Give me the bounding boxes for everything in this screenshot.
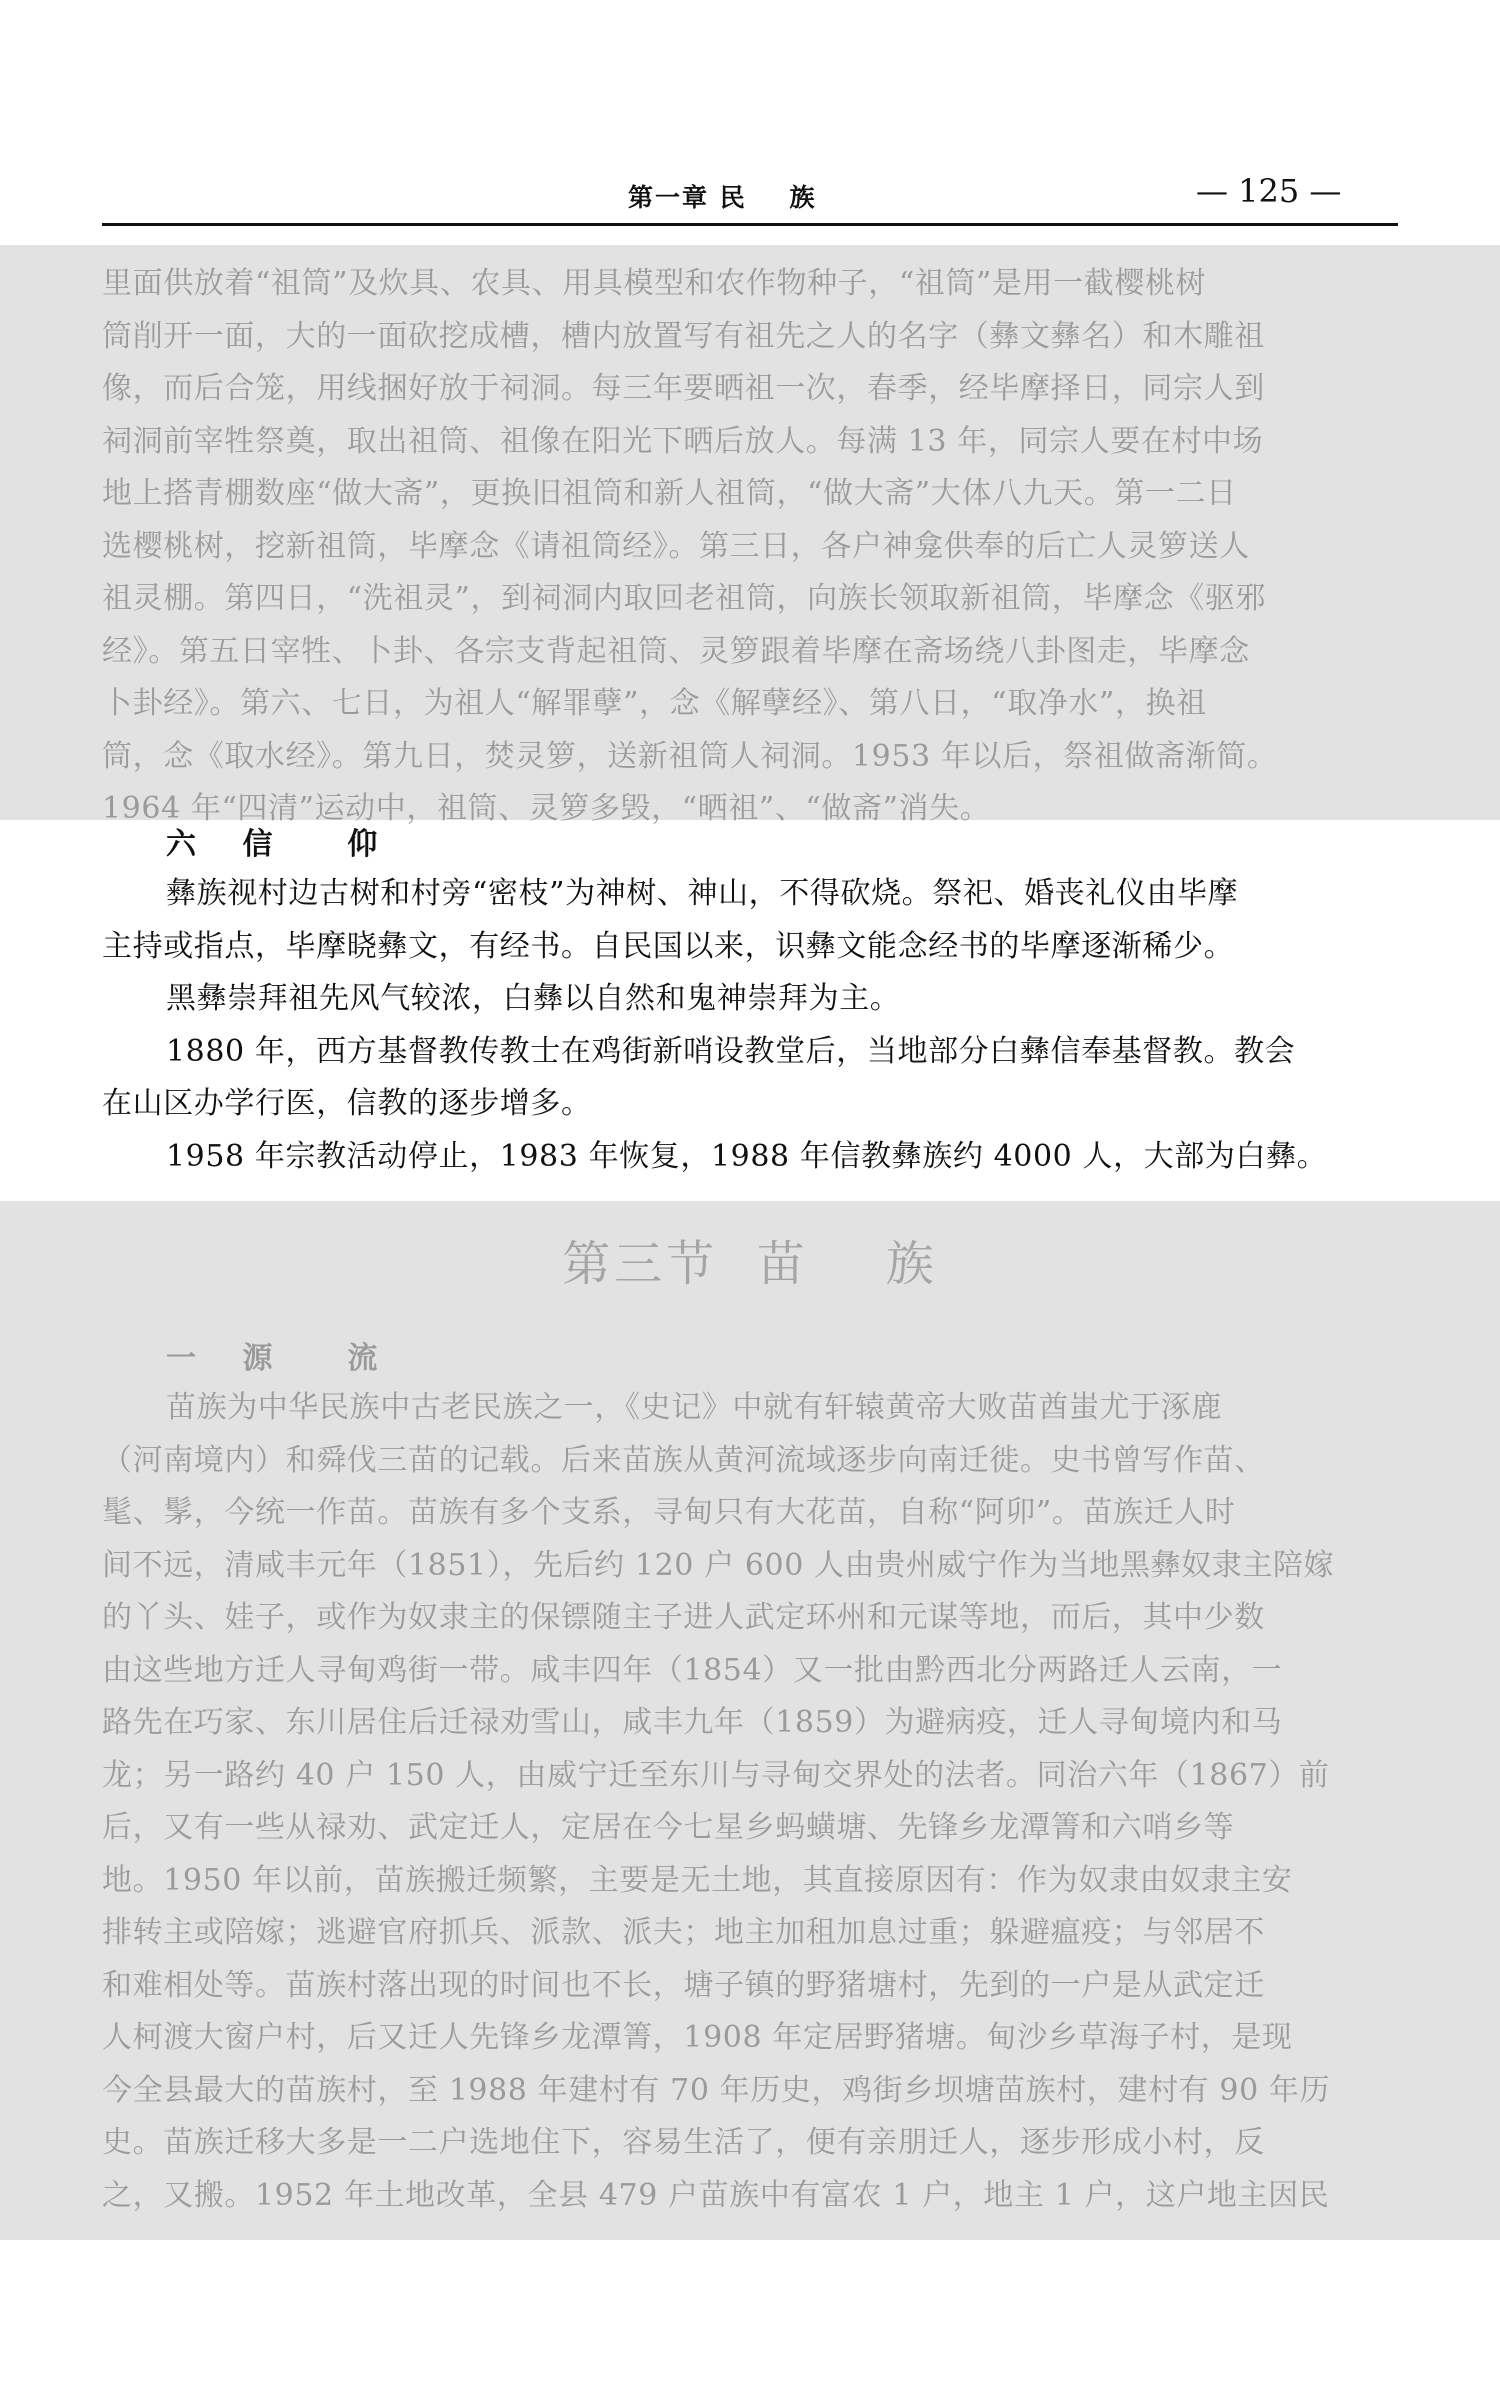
text-line: 主持或指点，毕摩晓彝文，有经书。自民国以来，识彝文能念经书的毕摩逐渐稀少。: [102, 921, 1398, 974]
text-line: 经》。第五日宰牲、卜卦、各宗支背起祖筒、灵箩跟着毕摩在斋场绕八卦图走，毕摩念: [102, 626, 1398, 679]
text-line: 今全县最大的苗族村，至 1988 年建村有 70 年历史，鸡街乡坝塘苗族村，建村…: [102, 2065, 1398, 2118]
section-religion: 六 信 仰 彝族视村边古树和村旁“密枝”为神树、神山，不得砍烧。祭祀、婚丧礼仪由…: [102, 822, 1398, 1183]
text-line: 苗族为中华民族中古老民族之一，《史记》中就有轩辕黄帝大败苗酋蚩尤于涿鹿: [102, 1382, 1398, 1435]
text-line: 地上搭青棚数座“做大斋”，更换旧祖筒和新人祖筒，“做大斋”大体八九天。第一二日: [102, 468, 1398, 521]
running-head-chapter-title: 第一章 民 族: [628, 178, 817, 214]
text-line: 之，又搬。1952 年土地改革，全县 479 户苗族中有富农 1 户，地主 1 …: [102, 2170, 1398, 2223]
text-line: 的丫头、娃子，或作为奴隶主的保镖随主子进人武定环州和元谋等地，而后，其中少数: [102, 1592, 1398, 1645]
text-line: 在山区办学行医，信教的逐步增多。: [102, 1078, 1398, 1131]
text-line: 后，又有一些从禄劝、武定迁人，定居在今七星乡蚂蟥塘、先锋乡龙潭箐和六哨乡等: [102, 1802, 1398, 1855]
subsection-heading-origin: 一 源 流: [102, 1336, 1398, 1382]
header-rule-divider: [102, 223, 1398, 226]
page-header: 第一章 民 族 — 125 —: [0, 0, 1500, 245]
text-line: 里面供放着“祖筒”及炊具、农具、用具模型和农作物种子，“祖筒”是用一截樱桃树: [102, 258, 1398, 311]
paragraph: 黑彝崇拜祖先风气较浓，白彝以自然和鬼神崇拜为主。: [102, 973, 1398, 1026]
text-line: 筒，念《取水经》。第九日，焚灵箩，送新祖筒人祠洞。1953 年以后，祭祖做斋渐简…: [102, 731, 1398, 784]
text-line: 龙；另一路约 40 户 150 人，由威宁迁至东川与寻甸交界处的法者。同治六年（…: [102, 1750, 1398, 1803]
text-line: （河南境内）和舜伐三苗的记载。后来苗族从黄河流域逐步向南迁徙。史书曾写作苗、: [102, 1435, 1398, 1488]
text-line: 髦、髳，今统一作苗。苗族有多个支系，寻甸只有大花苗，自称“阿卯”。苗族迁人时: [102, 1487, 1398, 1540]
text-line: 由这些地方迁人寻甸鸡街一带。咸丰四年（1854）又一批由黔西北分两路迁人云南，一: [102, 1645, 1398, 1698]
section-title-miao: 第三节 苗 族: [0, 1225, 1500, 1294]
paragraph: 苗族为中华民族中古老民族之一，《史记》中就有轩辕黄帝大败苗酋蚩尤于涿鹿 （河南境…: [102, 1382, 1398, 2222]
section-miao-origin: 一 源 流 苗族为中华民族中古老民族之一，《史记》中就有轩辕黄帝大败苗酋蚩尤于涿…: [102, 1336, 1398, 2222]
paragraph-ancestor-worship: 里面供放着“祖筒”及炊具、农具、用具模型和农作物种子，“祖筒”是用一截樱桃树 筒…: [102, 258, 1398, 836]
text-line: 选樱桃树，挖新祖筒，毕摩念《请祖筒经》。第三日，各户神龛供奉的后亡人灵箩送人: [102, 521, 1398, 574]
paragraph: 1880 年，西方基督教传教士在鸡街新哨设教堂后，当地部分白彝信奉基督教。教会 …: [102, 1026, 1398, 1131]
text-line: 1880 年，西方基督教传教士在鸡街新哨设教堂后，当地部分白彝信奉基督教。教会: [102, 1026, 1398, 1079]
text-line: 间不远，清咸丰元年（1851），先后约 120 户 600 人由贵州威宁作为当地…: [102, 1540, 1398, 1593]
text-line: 彝族视村边古树和村旁“密枝”为神树、神山，不得砍烧。祭祀、婚丧礼仪由毕摩: [102, 868, 1398, 921]
text-line: 和难相处等。苗族村落出现的时间也不长，塘子镇的野猪塘村，先到的一户是从武定迁: [102, 1960, 1398, 2013]
text-line: 1958 年宗教活动停止，1983 年恢复，1988 年信教彝族约 4000 人…: [102, 1131, 1398, 1184]
text-line: 路先在巧家、东川居住后迁禄劝雪山，咸丰九年（1859）为避病疫，迁人寻甸境内和马: [102, 1697, 1398, 1750]
text-line: 地。1950 年以前，苗族搬迁频繁，主要是无土地，其直接原因有：作为奴隶由奴隶主…: [102, 1855, 1398, 1908]
subsection-heading-religion: 六 信 仰: [102, 822, 1398, 868]
text-line: 祖灵棚。第四日，“洗祖灵”，到祠洞内取回老祖筒，向族长领取新祖筒，毕摩念《驱邪: [102, 573, 1398, 626]
text-line: 人柯渡大窗户村，后又迁人先锋乡龙潭箐，1908 年定居野猪塘。甸沙乡草海子村，是…: [102, 2012, 1398, 2065]
text-line: 筒削开一面，大的一面砍挖成槽，槽内放置写有祖先之人的名字（彝文彝名）和木雕祖: [102, 311, 1398, 364]
text-line: 史。苗族迁移大多是一二户选地住下，容易生活了，便有亲朋迁人，逐步形成小村，反: [102, 2117, 1398, 2170]
text-line: 祠洞前宰牲祭奠，取出祖筒、祖像在阳光下晒后放人。每满 13 年，同宗人要在村中场: [102, 416, 1398, 469]
text-line: 排转主或陪嫁；逃避官府抓兵、派款、派夫；地主加租加息过重；躲避瘟疫；与邻居不: [102, 1907, 1398, 1960]
paragraph: 1958 年宗教活动停止，1983 年恢复，1988 年信教彝族约 4000 人…: [102, 1131, 1398, 1184]
page-number: — 125 —: [1196, 172, 1341, 210]
text-line: 黑彝崇拜祖先风气较浓，白彝以自然和鬼神崇拜为主。: [102, 973, 1398, 1026]
text-line: 卜卦经》。第六、七日，为祖人“解罪孽”，念《解孽经》、第八日，“取净水”，换祖: [102, 678, 1398, 731]
text-line: 像，而后合笼，用线捆好放于祠洞。每三年要晒祖一次，春季，经毕摩择日，同宗人到: [102, 363, 1398, 416]
paragraph: 彝族视村边古树和村旁“密枝”为神树、神山，不得砍烧。祭祀、婚丧礼仪由毕摩 主持或…: [102, 868, 1398, 973]
